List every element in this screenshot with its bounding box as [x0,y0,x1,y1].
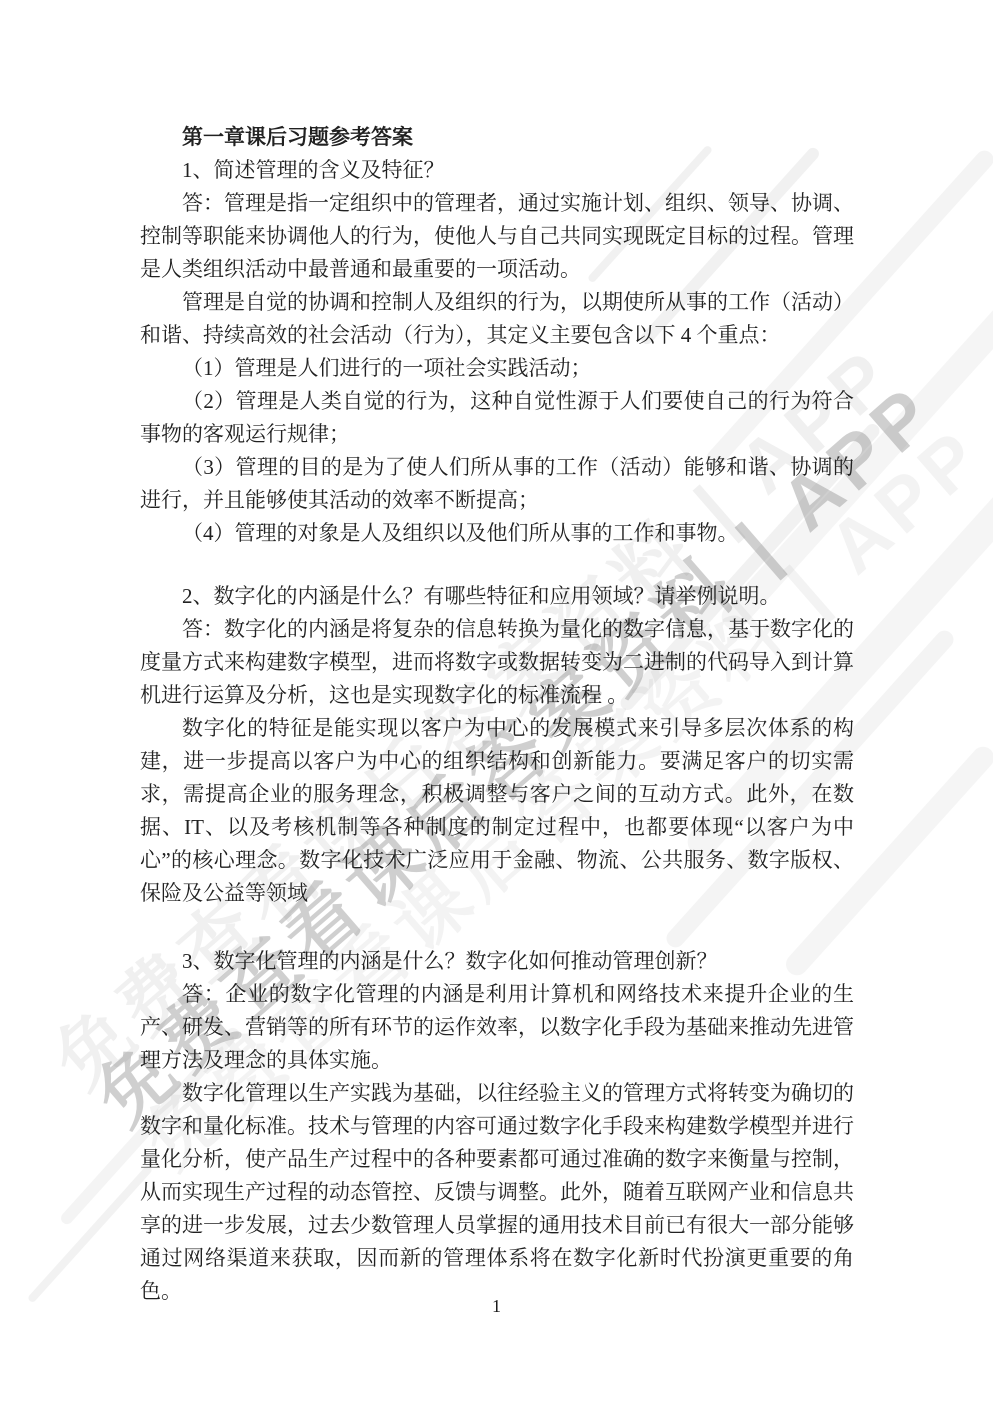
answer-1-item-1: （1）管理是人们进行的一项社会实践活动； [140,352,854,385]
answer-1-item-2: （2）管理是人类自觉的行为，这种自觉性源于人们要使自己的行为符合事物的客观运行规… [140,385,854,451]
document-body: 第一章课后习题参考答案 1、简述管理的含义及特征？ 答：管理是指一定组织中的管理… [140,121,854,1308]
section-gap [140,910,854,945]
answer-2-paragraph-2: 数字化的特征是能实现以客户为中心的发展模式来引导多层次体系的构建，进一步提高以客… [140,712,854,910]
page-number: 1 [0,1296,993,1317]
answer-1-paragraph-1: 答：管理是指一定组织中的管理者，通过实施计划、组织、领导、协调、控制等职能来协调… [140,187,854,286]
answer-2-paragraph-1: 答：数字化的内涵是将复杂的信息转换为量化的数字信息，基于数字化的度量方式来构建数… [140,613,854,712]
answer-1-item-3: （3）管理的目的是为了使人们所从事的工作（活动）能够和谐、协调的进行，并且能够使… [140,451,854,517]
document-title: 第一章课后习题参考答案 [140,121,854,154]
question-3: 3、数字化管理的内涵是什么？数字化如何推动管理创新？ [140,945,854,978]
answer-3-paragraph-2: 数字化管理以生产实践为基础，以往经验主义的管理方式将转变为确切的数字和量化标准。… [140,1077,854,1308]
question-1: 1、简述管理的含义及特征？ [140,154,854,187]
answer-3-paragraph-1: 答：企业的数字化管理的内涵是利用计算机和网络技术来提升企业的生产、研发、营销等的… [140,978,854,1077]
section-gap [140,550,854,580]
answer-1-paragraph-2: 管理是自觉的协调和控制人及组织的行为，以期使所从事的工作（活动）和谐、持续高效的… [140,286,854,352]
document-page: 免费查看课后答案资料 | APP 免费查看课后答案资料 | APP 免费查看课后… [0,0,993,1404]
question-2: 2、数字化的内涵是什么？有哪些特征和应用领域？请举例说明。 [140,580,854,613]
answer-1-item-4: （4）管理的对象是人及组织以及他们所从事的工作和事物。 [140,517,854,550]
